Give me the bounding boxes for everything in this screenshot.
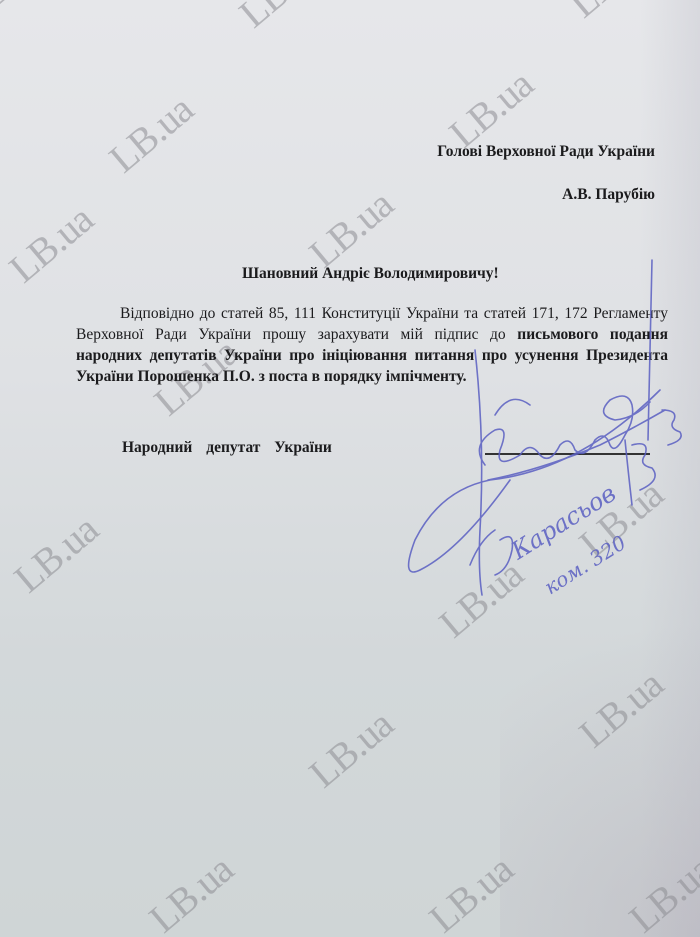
document-page: LB.uaLB.uaLB.uaLB.uaLB.uaLB.uaLB.uaLB.ua… bbox=[0, 0, 700, 937]
watermark-text: LB.ua bbox=[300, 701, 402, 797]
watermark-text: LB.ua bbox=[140, 846, 242, 937]
addressee-block: Голові Верховної Ради України А.В. Паруб… bbox=[437, 142, 655, 205]
signer-title: Народний депутат України bbox=[122, 439, 332, 457]
watermark-text: LB.ua bbox=[5, 506, 107, 602]
addressee-title: Голові Верховної Ради України bbox=[437, 142, 655, 162]
watermark-text: LB.ua bbox=[230, 0, 332, 37]
watermark-text: LB.ua bbox=[300, 181, 402, 277]
handwritten-signature: Карасьов ком. 320 bbox=[400, 240, 700, 600]
watermark-text: LB.ua bbox=[0, 0, 72, 17]
addressee-name: А.В. Парубію bbox=[437, 185, 655, 205]
watermark-text: LB.ua bbox=[0, 196, 102, 292]
watermark-text: LB.ua bbox=[100, 86, 202, 182]
